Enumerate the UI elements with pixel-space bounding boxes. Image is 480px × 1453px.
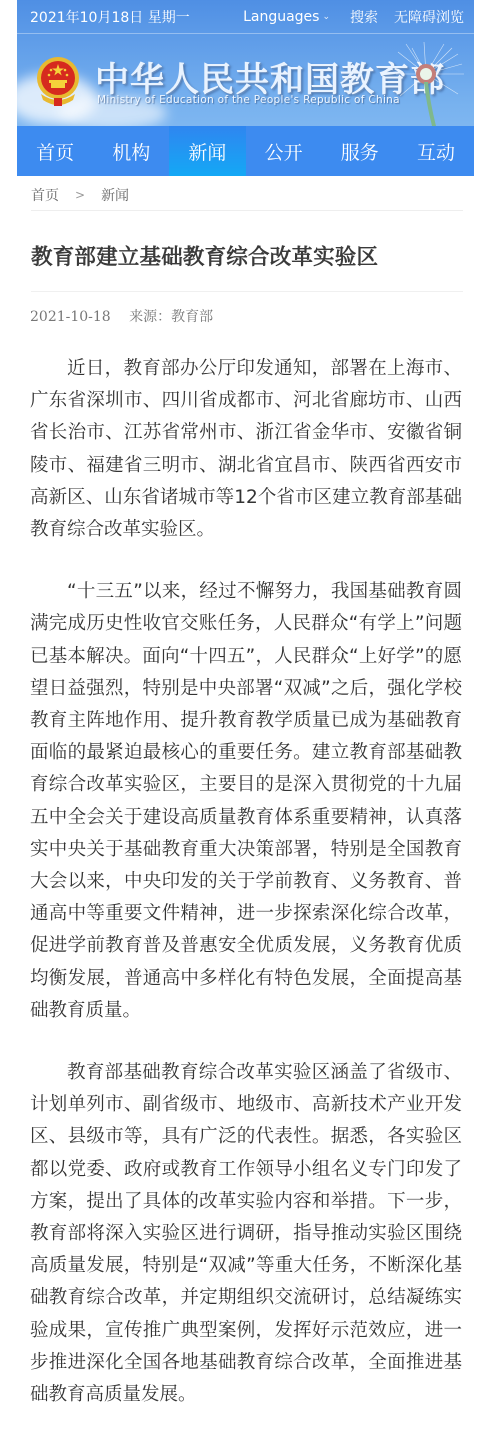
nav-label: 公开 [265, 138, 303, 165]
nav-item-public[interactable]: 公开 [246, 126, 322, 176]
nav-label: 服务 [341, 138, 379, 165]
languages-label: Languages [243, 9, 319, 25]
breadcrumb-current[interactable]: 新闻 [101, 185, 129, 205]
divider [31, 291, 463, 292]
languages-dropdown[interactable]: Languages ⌄ [243, 9, 330, 25]
breadcrumb-separator-icon: > [75, 188, 85, 202]
site-banner: 中华人民共和国教育部 Ministry of Education of the … [17, 34, 474, 126]
article-date: 2021-10-18 [30, 309, 111, 325]
current-date: 2021年10月18日 星期一 [30, 7, 243, 27]
article-title: 教育部建立基础教育综合改革实验区 [31, 240, 471, 271]
article-source: 来源：教育部 [129, 309, 213, 325]
nav-item-services[interactable]: 服务 [322, 126, 398, 176]
breadcrumb-home[interactable]: 首页 [31, 185, 59, 205]
top-bar: 2021年10月18日 星期一 Languages ⌄ 搜索 无障碍浏览 [17, 0, 474, 34]
article-meta: 2021-10-18 来源：教育部 [30, 306, 213, 326]
article-body: 近日，教育部办公厅印发通知，部署在上海市、广东省深圳市、四川省成都市、河北省廊坊… [30, 353, 462, 1441]
accessibility-link[interactable]: 无障碍浏览 [394, 7, 464, 27]
nav-label: 首页 [36, 138, 74, 165]
nav-item-interaction[interactable]: 互动 [398, 126, 474, 176]
nav-label: 新闻 [188, 138, 226, 165]
article-paragraph: 近日，教育部办公厅印发通知，部署在上海市、广东省深圳市、四川省成都市、河北省廊坊… [30, 353, 462, 546]
nav-item-organization[interactable]: 机构 [93, 126, 169, 176]
search-link[interactable]: 搜索 [350, 7, 378, 27]
nav-label: 机构 [112, 138, 150, 165]
nav-item-news[interactable]: 新闻 [169, 126, 245, 176]
article-paragraph: 教育部基础教育综合改革实验区涵盖了省级市、计划单列市、副省级市、地级市、高新技术… [30, 1057, 462, 1411]
chevron-down-icon: ⌄ [322, 12, 330, 22]
site-subtitle: Ministry of Education of the People's Re… [97, 94, 400, 106]
page: 2021年10月18日 星期一 Languages ⌄ 搜索 无障碍浏览 [0, 0, 480, 1453]
main-nav: 首页 机构 新闻 公开 服务 互动 [17, 126, 474, 176]
nav-item-home[interactable]: 首页 [17, 126, 93, 176]
dandelion-decoration-icon [396, 42, 466, 126]
breadcrumb: 首页 > 新闻 [31, 183, 463, 211]
site-header: 2021年10月18日 星期一 Languages ⌄ 搜索 无障碍浏览 [17, 0, 474, 176]
nav-label: 互动 [417, 138, 455, 165]
article-paragraph: “十三五”以来，经过不懈努力，我国基础教育圆满完成历史性收官交账任务，人民群众“… [30, 576, 462, 1027]
national-emblem-icon[interactable] [35, 56, 81, 108]
